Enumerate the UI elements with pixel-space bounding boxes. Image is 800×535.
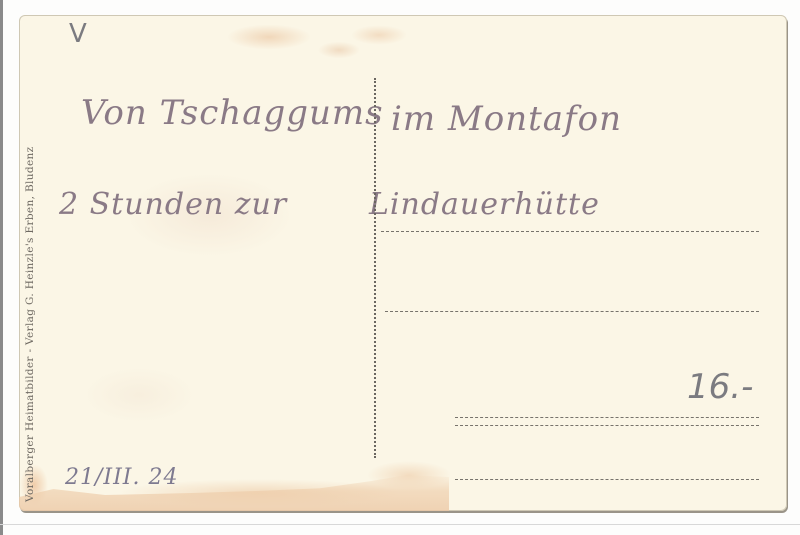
scan-edge [0,524,800,525]
message-line1-right: im Montafon [391,99,622,139]
pencil-price: 16.- [687,367,753,407]
address-line [455,425,759,426]
publisher-imprint: Voralberger Heimatbilder - Verlag G. Hei… [24,32,36,502]
date-note: 21/III. 24 [65,465,178,490]
address-line [385,311,759,312]
message-line1-left: Von Tschaggums [81,93,384,133]
address-line [381,231,759,232]
address-line [455,417,759,418]
scan-edge [0,0,3,535]
address-line [455,479,759,480]
corner-mark: V [69,19,87,49]
message-line2-right: Lindauerhütte [369,187,600,222]
message-line2-left: 2 Stunden zur [59,187,287,222]
postcard-back: Voralberger Heimatbilder - Verlag G. Hei… [19,15,787,511]
message-address-divider [374,78,376,458]
